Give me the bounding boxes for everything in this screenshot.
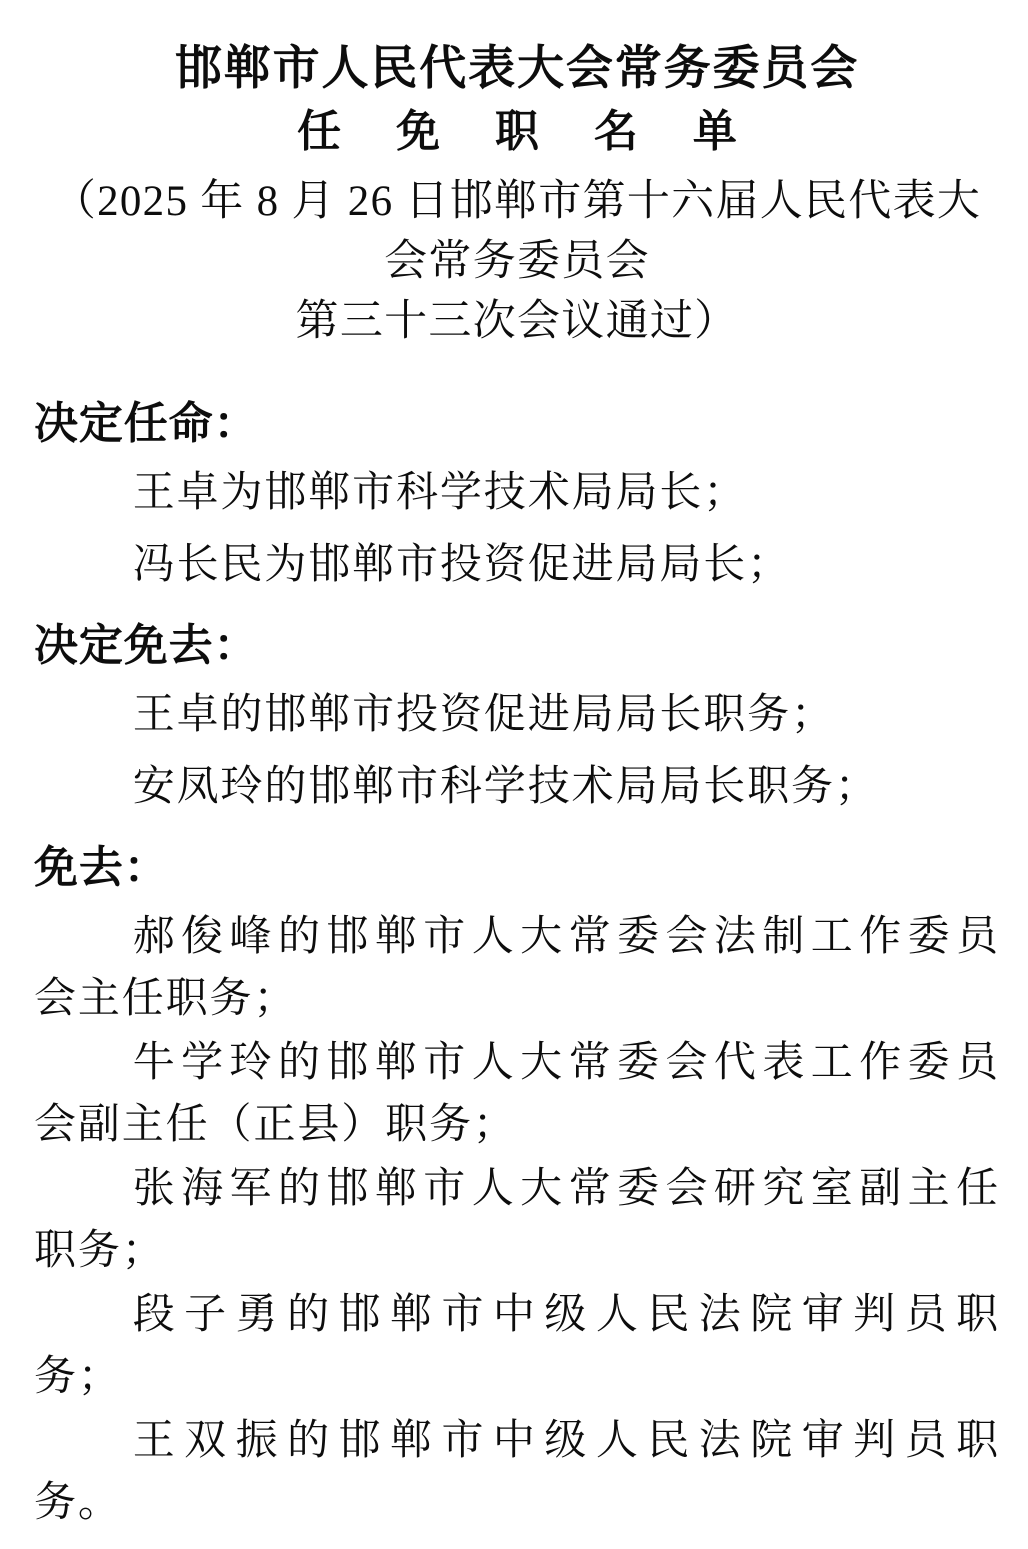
section-decide-remove: 决定免去： 王卓的邯郸市投资促进局局长职务； 安凤玲的邯郸市科学技术局局长职务； (34, 616, 1000, 818)
appointment-item-line: 王卓为邯郸市科学技术局局长； (34, 462, 1000, 524)
dismissal-item-line: 郝俊峰的邯郸市人大常委会法制工作委员 (34, 906, 1000, 968)
document-subtitle: 任 免 职 名 单 (34, 104, 1000, 160)
dismissal-item-line: 务。 (34, 1472, 1000, 1534)
dismissal-item: 牛学玲的邯郸市人大常委会代表工作委员 会副主任（正县）职务； (34, 1032, 1000, 1156)
removal-item: 安凤玲的邯郸市科学技术局局长职务； (34, 756, 1000, 818)
meeting-note: （2025 年 8 月 26 日邯郸市第十六届人民代表大 会常务委员会 第三十三… (34, 172, 1000, 352)
appointment-item-line: 冯长民为邯郸市投资促进局局长； (34, 534, 1000, 596)
dismissal-item: 郝俊峰的邯郸市人大常委会法制工作委员 会主任职务； (34, 906, 1000, 1030)
document-page: 邯郸市人民代表大会常务委员会 任 免 职 名 单 （2025 年 8 月 26 … (0, 0, 1028, 1549)
removal-item: 王卓的邯郸市投资促进局局长职务； (34, 684, 1000, 746)
dismissal-item-line: 张海军的邯郸市人大常委会研究室副主任 (34, 1158, 1000, 1220)
dismissal-item-line: 王双振的邯郸市中级人民法院审判员职 (34, 1410, 1000, 1472)
dismissal-item-line: 段子勇的邯郸市中级人民法院审判员职 (34, 1284, 1000, 1346)
dismissal-item-line: 务； (34, 1346, 1000, 1408)
section-heading-remove: 免去： (34, 838, 1000, 898)
dismissal-item: 段子勇的邯郸市中级人民法院审判员职 务； (34, 1284, 1000, 1408)
dismissal-item-line: 会副主任（正县）职务； (34, 1094, 1000, 1156)
dismissal-item-line: 职务； (34, 1220, 1000, 1282)
section-remove: 免去： 郝俊峰的邯郸市人大常委会法制工作委员 会主任职务； 牛学玲的邯郸市人大常… (34, 838, 1000, 1534)
section-heading-decide-remove: 决定免去： (34, 616, 1000, 676)
meeting-note-line-2: 会常务委员会 (34, 232, 1000, 292)
meeting-note-line-1: （2025 年 8 月 26 日邯郸市第十六届人民代表大 (34, 172, 1000, 232)
document-title: 邯郸市人民代表大会常务委员会 (34, 40, 1000, 98)
dismissal-item: 王双振的邯郸市中级人民法院审判员职 务。 (34, 1410, 1000, 1534)
section-decide-appoint: 决定任命： 王卓为邯郸市科学技术局局长； 冯长民为邯郸市投资促进局局长； (34, 394, 1000, 596)
dismissal-item-line: 牛学玲的邯郸市人大常委会代表工作委员 (34, 1032, 1000, 1094)
appointment-item: 王卓为邯郸市科学技术局局长； (34, 462, 1000, 524)
removal-item-line: 王卓的邯郸市投资促进局局长职务； (34, 684, 1000, 746)
appointment-item: 冯长民为邯郸市投资促进局局长； (34, 534, 1000, 596)
dismissal-item-line: 会主任职务； (34, 968, 1000, 1030)
dismissal-item: 张海军的邯郸市人大常委会研究室副主任 职务； (34, 1158, 1000, 1282)
removal-item-line: 安凤玲的邯郸市科学技术局局长职务； (34, 756, 1000, 818)
meeting-note-line-3: 第三十三次会议通过） (34, 292, 1000, 352)
section-heading-decide-appoint: 决定任命： (34, 394, 1000, 454)
